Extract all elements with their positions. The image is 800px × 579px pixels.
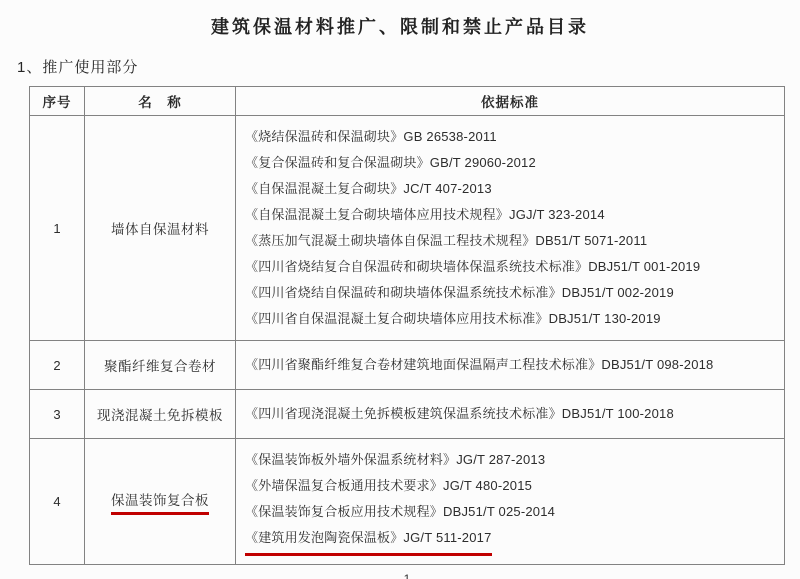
page-number: 1	[29, 572, 785, 579]
header-serial-number: 序号	[30, 87, 85, 116]
standard-item: 《四川省烧结自保温砖和砌块墙体保温系统技术标准》DBJ51/T 002-2019	[245, 280, 780, 306]
standard-text: 《保温装饰板外墙外保温系统材料》JG/T 287-2013	[245, 452, 545, 467]
row-serial-number: 3	[30, 390, 85, 439]
section-heading: 1、推广使用部分	[17, 56, 800, 77]
material-name: 保温装饰复合板	[111, 489, 209, 515]
standard-text: 《四川省现浇混凝土免拆模板建筑保温系统技术标准》DBJ51/T 100-2018	[245, 406, 674, 421]
material-name-cell: 聚酯纤维复合卷材	[85, 341, 236, 390]
standards-cell: 《保温装饰板外墙外保温系统材料》JG/T 287-2013《外墙保温复合板通用技…	[236, 439, 785, 565]
header-row: 序号 名 称 依据标准	[30, 87, 785, 116]
standard-text: 《四川省烧结自保温砖和砌块墙体保温系统技术标准》DBJ51/T 002-2019	[245, 285, 674, 300]
header-material-name: 名 称	[85, 87, 236, 116]
table-row: 3现浇混凝土免拆模板《四川省现浇混凝土免拆模板建筑保温系统技术标准》DBJ51/…	[30, 390, 785, 439]
standard-text: 《外墙保温复合板通用技术要求》JG/T 480-2015	[245, 478, 532, 493]
material-name: 墙体自保温材料	[111, 222, 209, 237]
standards-cell: 《烧结保温砖和保温砌块》GB 26538-2011《复合保温砖和复合保温砌块》G…	[236, 116, 785, 341]
standard-item: 《四川省烧结复合自保温砖和砌块墙体保温系统技术标准》DBJ51/T 001-20…	[245, 254, 780, 280]
standard-text: 《自保温混凝土复合砌块墙体应用技术规程》JGJ/T 323-2014	[245, 207, 605, 222]
standard-text: 《四川省聚酯纤维复合卷材建筑地面保温隔声工程技术标准》DBJ51/T 098-2…	[245, 357, 714, 372]
row-serial-number: 4	[30, 439, 85, 565]
standard-item: 《四川省现浇混凝土免拆模板建筑保温系统技术标准》DBJ51/T 100-2018	[245, 401, 780, 427]
standard-item: 《建筑用发泡陶瓷保温板》JG/T 511-2017	[245, 525, 780, 556]
table-row: 1墙体自保温材料《烧结保温砖和保温砌块》GB 26538-2011《复合保温砖和…	[30, 116, 785, 341]
header-basis-standard: 依据标准	[236, 87, 785, 116]
material-name-cell: 现浇混凝土免拆模板	[85, 390, 236, 439]
standard-item: 《外墙保温复合板通用技术要求》JG/T 480-2015	[245, 473, 780, 499]
standard-text: 《建筑用发泡陶瓷保温板》JG/T 511-2017	[245, 525, 492, 556]
table-row: 2聚酯纤维复合卷材《四川省聚酯纤维复合卷材建筑地面保温隔声工程技术标准》DBJ5…	[30, 341, 785, 390]
standard-text: 《四川省自保温混凝土复合砌块墙体应用技术标准》DBJ51/T 130-2019	[245, 311, 661, 326]
standard-text: 《自保温混凝土复合砌块》JC/T 407-2013	[245, 181, 492, 196]
standard-item: 《保温装饰复合板应用技术规程》DBJ51/T 025-2014	[245, 499, 780, 525]
standard-item: 《四川省聚酯纤维复合卷材建筑地面保温隔声工程技术标准》DBJ51/T 098-2…	[245, 352, 780, 378]
row-serial-number: 1	[30, 116, 85, 341]
standard-text: 《复合保温砖和复合保温砌块》GB/T 29060-2012	[245, 155, 536, 170]
material-name: 现浇混凝土免拆模板	[97, 408, 223, 423]
standard-text: 《保温装饰复合板应用技术规程》DBJ51/T 025-2014	[245, 504, 555, 519]
document-title: 建筑保温材料推广、限制和禁止产品目录	[0, 0, 800, 39]
standard-text: 《蒸压加气混凝土砌块墙体自保温工程技术规程》DB51/T 5071-2011	[245, 233, 647, 248]
standard-item: 《保温装饰板外墙外保温系统材料》JG/T 287-2013	[245, 447, 780, 473]
standard-item: 《自保温混凝土复合砌块》JC/T 407-2013	[245, 176, 780, 202]
standard-text: 《烧结保温砖和保温砌块》GB 26538-2011	[245, 129, 497, 144]
standard-item: 《自保温混凝土复合砌块墙体应用技术规程》JGJ/T 323-2014	[245, 202, 780, 228]
standard-item: 《烧结保温砖和保温砌块》GB 26538-2011	[245, 124, 780, 150]
row-serial-number: 2	[30, 341, 85, 390]
standard-item: 《蒸压加气混凝土砌块墙体自保温工程技术规程》DB51/T 5071-2011	[245, 228, 780, 254]
material-name: 聚酯纤维复合卷材	[104, 359, 216, 374]
material-name-cell: 保温装饰复合板	[85, 439, 236, 565]
table-row: 4保温装饰复合板《保温装饰板外墙外保温系统材料》JG/T 287-2013《外墙…	[30, 439, 785, 565]
standards-table: 序号 名 称 依据标准 1墙体自保温材料《烧结保温砖和保温砌块》GB 26538…	[29, 86, 785, 565]
standards-cell: 《四川省现浇混凝土免拆模板建筑保温系统技术标准》DBJ51/T 100-2018	[236, 390, 785, 439]
standard-text: 《四川省烧结复合自保温砖和砌块墙体保温系统技术标准》DBJ51/T 001-20…	[245, 259, 700, 274]
table-header: 序号 名 称 依据标准	[30, 87, 785, 116]
table-body: 1墙体自保温材料《烧结保温砖和保温砌块》GB 26538-2011《复合保温砖和…	[30, 116, 785, 565]
material-name-cell: 墙体自保温材料	[85, 116, 236, 341]
standard-item: 《复合保温砖和复合保温砌块》GB/T 29060-2012	[245, 150, 780, 176]
standards-cell: 《四川省聚酯纤维复合卷材建筑地面保温隔声工程技术标准》DBJ51/T 098-2…	[236, 341, 785, 390]
standard-item: 《四川省自保温混凝土复合砌块墙体应用技术标准》DBJ51/T 130-2019	[245, 306, 780, 332]
